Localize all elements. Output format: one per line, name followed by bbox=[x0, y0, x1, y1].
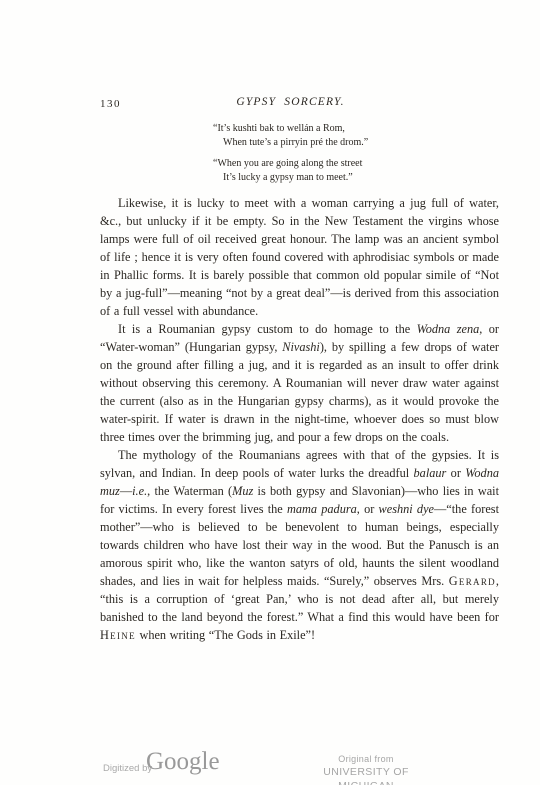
page-header: 130 GYPSY SORCERY. bbox=[100, 96, 499, 112]
verse-quotes: “It’s kushti bak to wellán a Rom, When t… bbox=[213, 122, 368, 192]
verse-line: “It’s kushti bak to wellán a Rom, bbox=[213, 122, 368, 136]
original-from-label: Original from bbox=[296, 754, 436, 765]
verse-line: “When you are going along the street bbox=[213, 157, 368, 171]
paragraph-2: It is a Roumanian gypsy custom to do hom… bbox=[100, 320, 499, 446]
digitization-footer: Digitized by Google Original from UNIVER… bbox=[0, 740, 540, 785]
verse-line: When tute’s a pirryin pré the drom.” bbox=[213, 136, 368, 150]
page-body-text: Likewise, it is lucky to meet with a wom… bbox=[100, 194, 499, 644]
page-number: 130 bbox=[100, 98, 121, 110]
institution-name: UNIVERSITY OF MICHIGAN bbox=[296, 765, 436, 785]
paragraph-3: The mythology of the Roumanians agrees w… bbox=[100, 446, 499, 644]
provenance-block: Original from UNIVERSITY OF MICHIGAN bbox=[296, 754, 436, 785]
verse-line: It’s lucky a gypsy man to meet.” bbox=[213, 171, 368, 185]
verse-group-1: “It’s kushti bak to wellán a Rom, When t… bbox=[213, 122, 368, 150]
verse-group-2: “When you are going along the street It’… bbox=[213, 157, 368, 185]
google-logo: Google bbox=[146, 748, 220, 776]
book-page-scan: 130 GYPSY SORCERY. “It’s kushti bak to w… bbox=[0, 0, 540, 785]
running-header-title: GYPSY SORCERY. bbox=[100, 96, 499, 108]
digitized-by-label: Digitized by bbox=[103, 763, 152, 774]
paragraph-1: Likewise, it is lucky to meet with a wom… bbox=[100, 194, 499, 320]
